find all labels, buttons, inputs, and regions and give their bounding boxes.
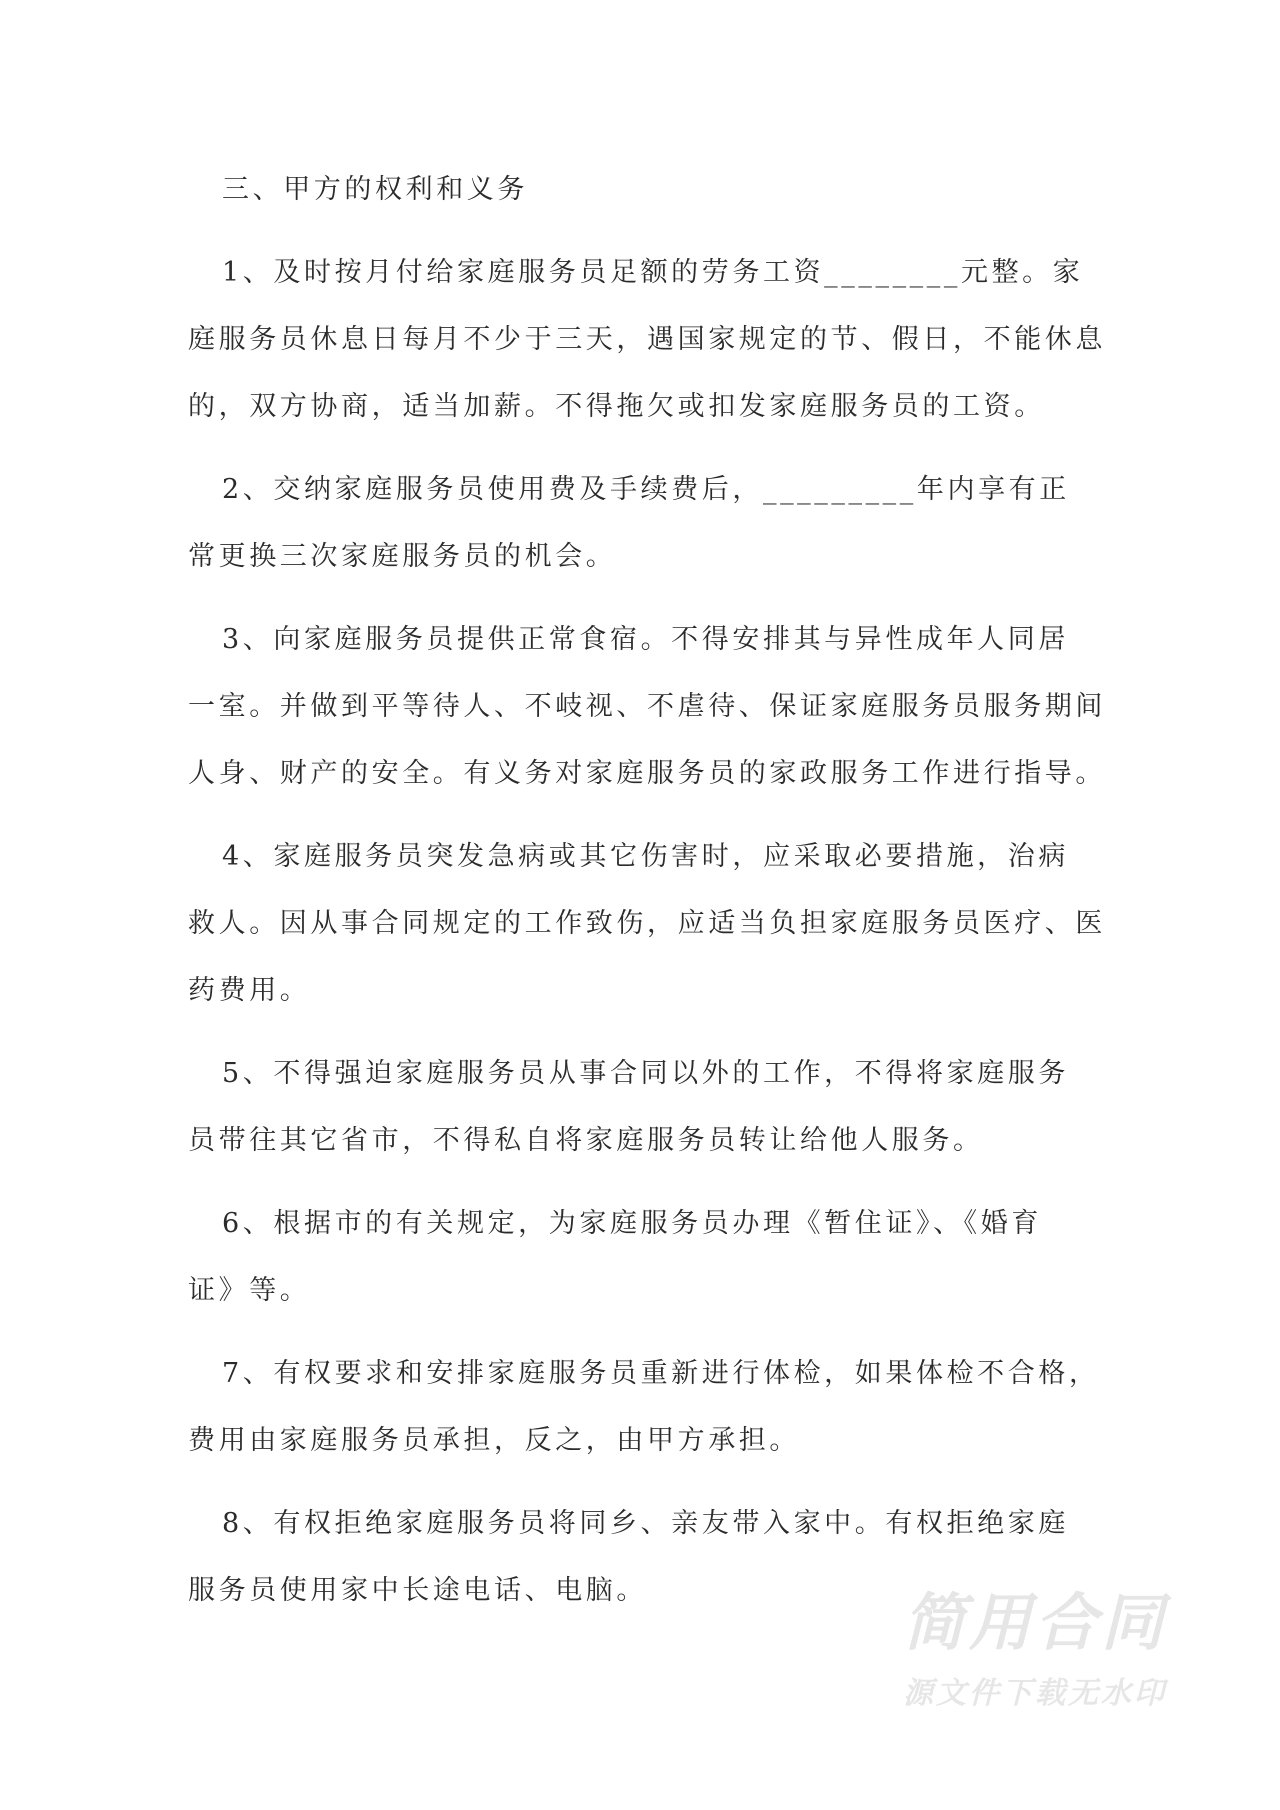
text-line: 3、向家庭服务员提供正常食宿。不得安排其与异性成年人同居	[222, 623, 1122, 657]
watermark-title: 简用合同	[885, 1590, 1185, 1656]
text-line: 药费用。	[188, 974, 1088, 1008]
text-line: 人身、财产的安全。有义务对家庭服务员的家政服务工作进行指导。	[188, 757, 1088, 791]
text-line: 的，双方协商，适当加薪。不得拖欠或扣发家庭服务员的工资。	[188, 390, 1088, 424]
document-page: 三、甲方的权利和义务 1、及时按月付给家庭服务员足额的劳务工资________元…	[0, 0, 1280, 1810]
text-line: 6、根据市的有关规定，为家庭服务员办理《暂住证》、《婚育	[222, 1207, 1122, 1241]
text-line: 2、交纳家庭服务员使用费及手续费后，_________年内享有正	[222, 473, 1122, 507]
text-line: 7、有权要求和安排家庭服务员重新进行体检，如果体检不合格，	[222, 1357, 1122, 1391]
section-heading: 三、甲方的权利和义务	[222, 173, 1122, 207]
watermark-subtitle: 源文件下载无水印	[885, 1676, 1185, 1712]
text-line: 费用由家庭服务员承担，反之，由甲方承担。	[188, 1424, 1088, 1458]
text-line: 8、有权拒绝家庭服务员将同乡、亲友带入家中。有权拒绝家庭	[222, 1507, 1122, 1541]
watermark: 简用合同 源文件下载无水印	[885, 1590, 1185, 1712]
text-line: 员带往其它省市，不得私自将家庭服务员转让给他人服务。	[188, 1124, 1088, 1158]
text-line: 5、不得强迫家庭服务员从事合同以外的工作，不得将家庭服务	[222, 1057, 1122, 1091]
text-line: 救人。因从事合同规定的工作致伤，应适当负担家庭服务员医疗、医	[188, 907, 1088, 941]
text-line: 1、及时按月付给家庭服务员足额的劳务工资________元整。家	[222, 256, 1122, 290]
text-line: 庭服务员休息日每月不少于三天，遇国家规定的节、假日，不能休息	[188, 323, 1088, 357]
text-line: 4、家庭服务员突发急病或其它伤害时，应采取必要措施，治病	[222, 840, 1122, 874]
text-line: 常更换三次家庭服务员的机会。	[188, 540, 1088, 574]
text-line: 一室。并做到平等待人、不岐视、不虐待、保证家庭服务员服务期间	[188, 690, 1088, 724]
text-line: 证》等。	[188, 1274, 1088, 1308]
